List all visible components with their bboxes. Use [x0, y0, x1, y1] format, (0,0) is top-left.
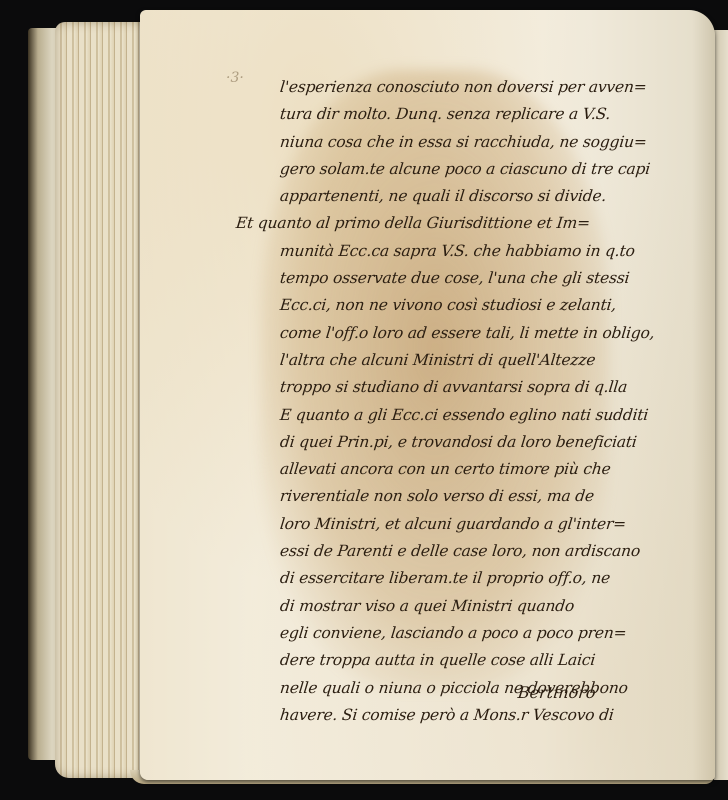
- text-line: nelle quali o niuna o picciola ne dovere…: [279, 675, 702, 702]
- text-line-paragraph-start: Et quanto al primo della Giurisdittione …: [235, 210, 702, 237]
- text-line: appartenenti, ne quali il discorso si di…: [279, 183, 702, 210]
- text-line: di essercitare liberam.te il proprio off…: [279, 565, 702, 592]
- handwritten-text-block: l'esperienza conosciuto non doversi per …: [280, 74, 700, 729]
- text-line: troppo si studiano di avvantarsi sopra d…: [279, 374, 702, 401]
- text-line: tempo osservate due cose, l'una che gli …: [279, 265, 702, 292]
- text-line: gero solam.te alcune poco a ciascuno di …: [279, 156, 702, 183]
- text-line: di mostrar viso a quei Ministri quando: [279, 593, 702, 620]
- text-line: di quei Prin.pi, e trovandosi da loro be…: [279, 429, 702, 456]
- catchword: Bertinoro: [517, 683, 597, 702]
- text-line: l'altra che alcuni Ministri di quell'Alt…: [279, 347, 702, 374]
- text-line: egli conviene, lasciando a poco a poco p…: [279, 620, 702, 647]
- facing-page-edge: [714, 30, 728, 780]
- text-line: tura dir molto. Dunq. senza replicare a …: [279, 101, 702, 128]
- text-line: Ecc.ci, non ne vivono così studiosi e ze…: [279, 292, 702, 319]
- text-line: E quanto a gli Ecc.ci essendo eglino nat…: [279, 402, 702, 429]
- manuscript-page: ·3· l'esperienza conosciuto non doversi …: [140, 10, 715, 780]
- text-line: munità Ecc.ca sapra V.S. che habbiamo in…: [279, 238, 702, 265]
- text-line: havere. Si comise però a Mons.r Vescovo …: [279, 702, 702, 729]
- text-line: allevati ancora con un certo timore più …: [279, 456, 702, 483]
- faint-folio-mark: ·3·: [226, 70, 244, 86]
- text-line: l'esperienza conosciuto non doversi per …: [279, 74, 702, 101]
- text-line: come l'off.o loro ad essere tali, li met…: [279, 320, 702, 347]
- text-line: essi de Parenti e delle case loro, non a…: [279, 538, 702, 565]
- text-line: riverentiale non solo verso di essi, ma …: [279, 483, 702, 510]
- text-line: loro Ministri, et alcuni guardando a gl'…: [279, 511, 702, 538]
- text-line: niuna cosa che in essa si racchiuda, ne …: [279, 129, 702, 156]
- text-line: dere troppa autta in quelle cose alli La…: [279, 647, 702, 674]
- manuscript-photo: ·3· l'esperienza conosciuto non doversi …: [0, 0, 728, 800]
